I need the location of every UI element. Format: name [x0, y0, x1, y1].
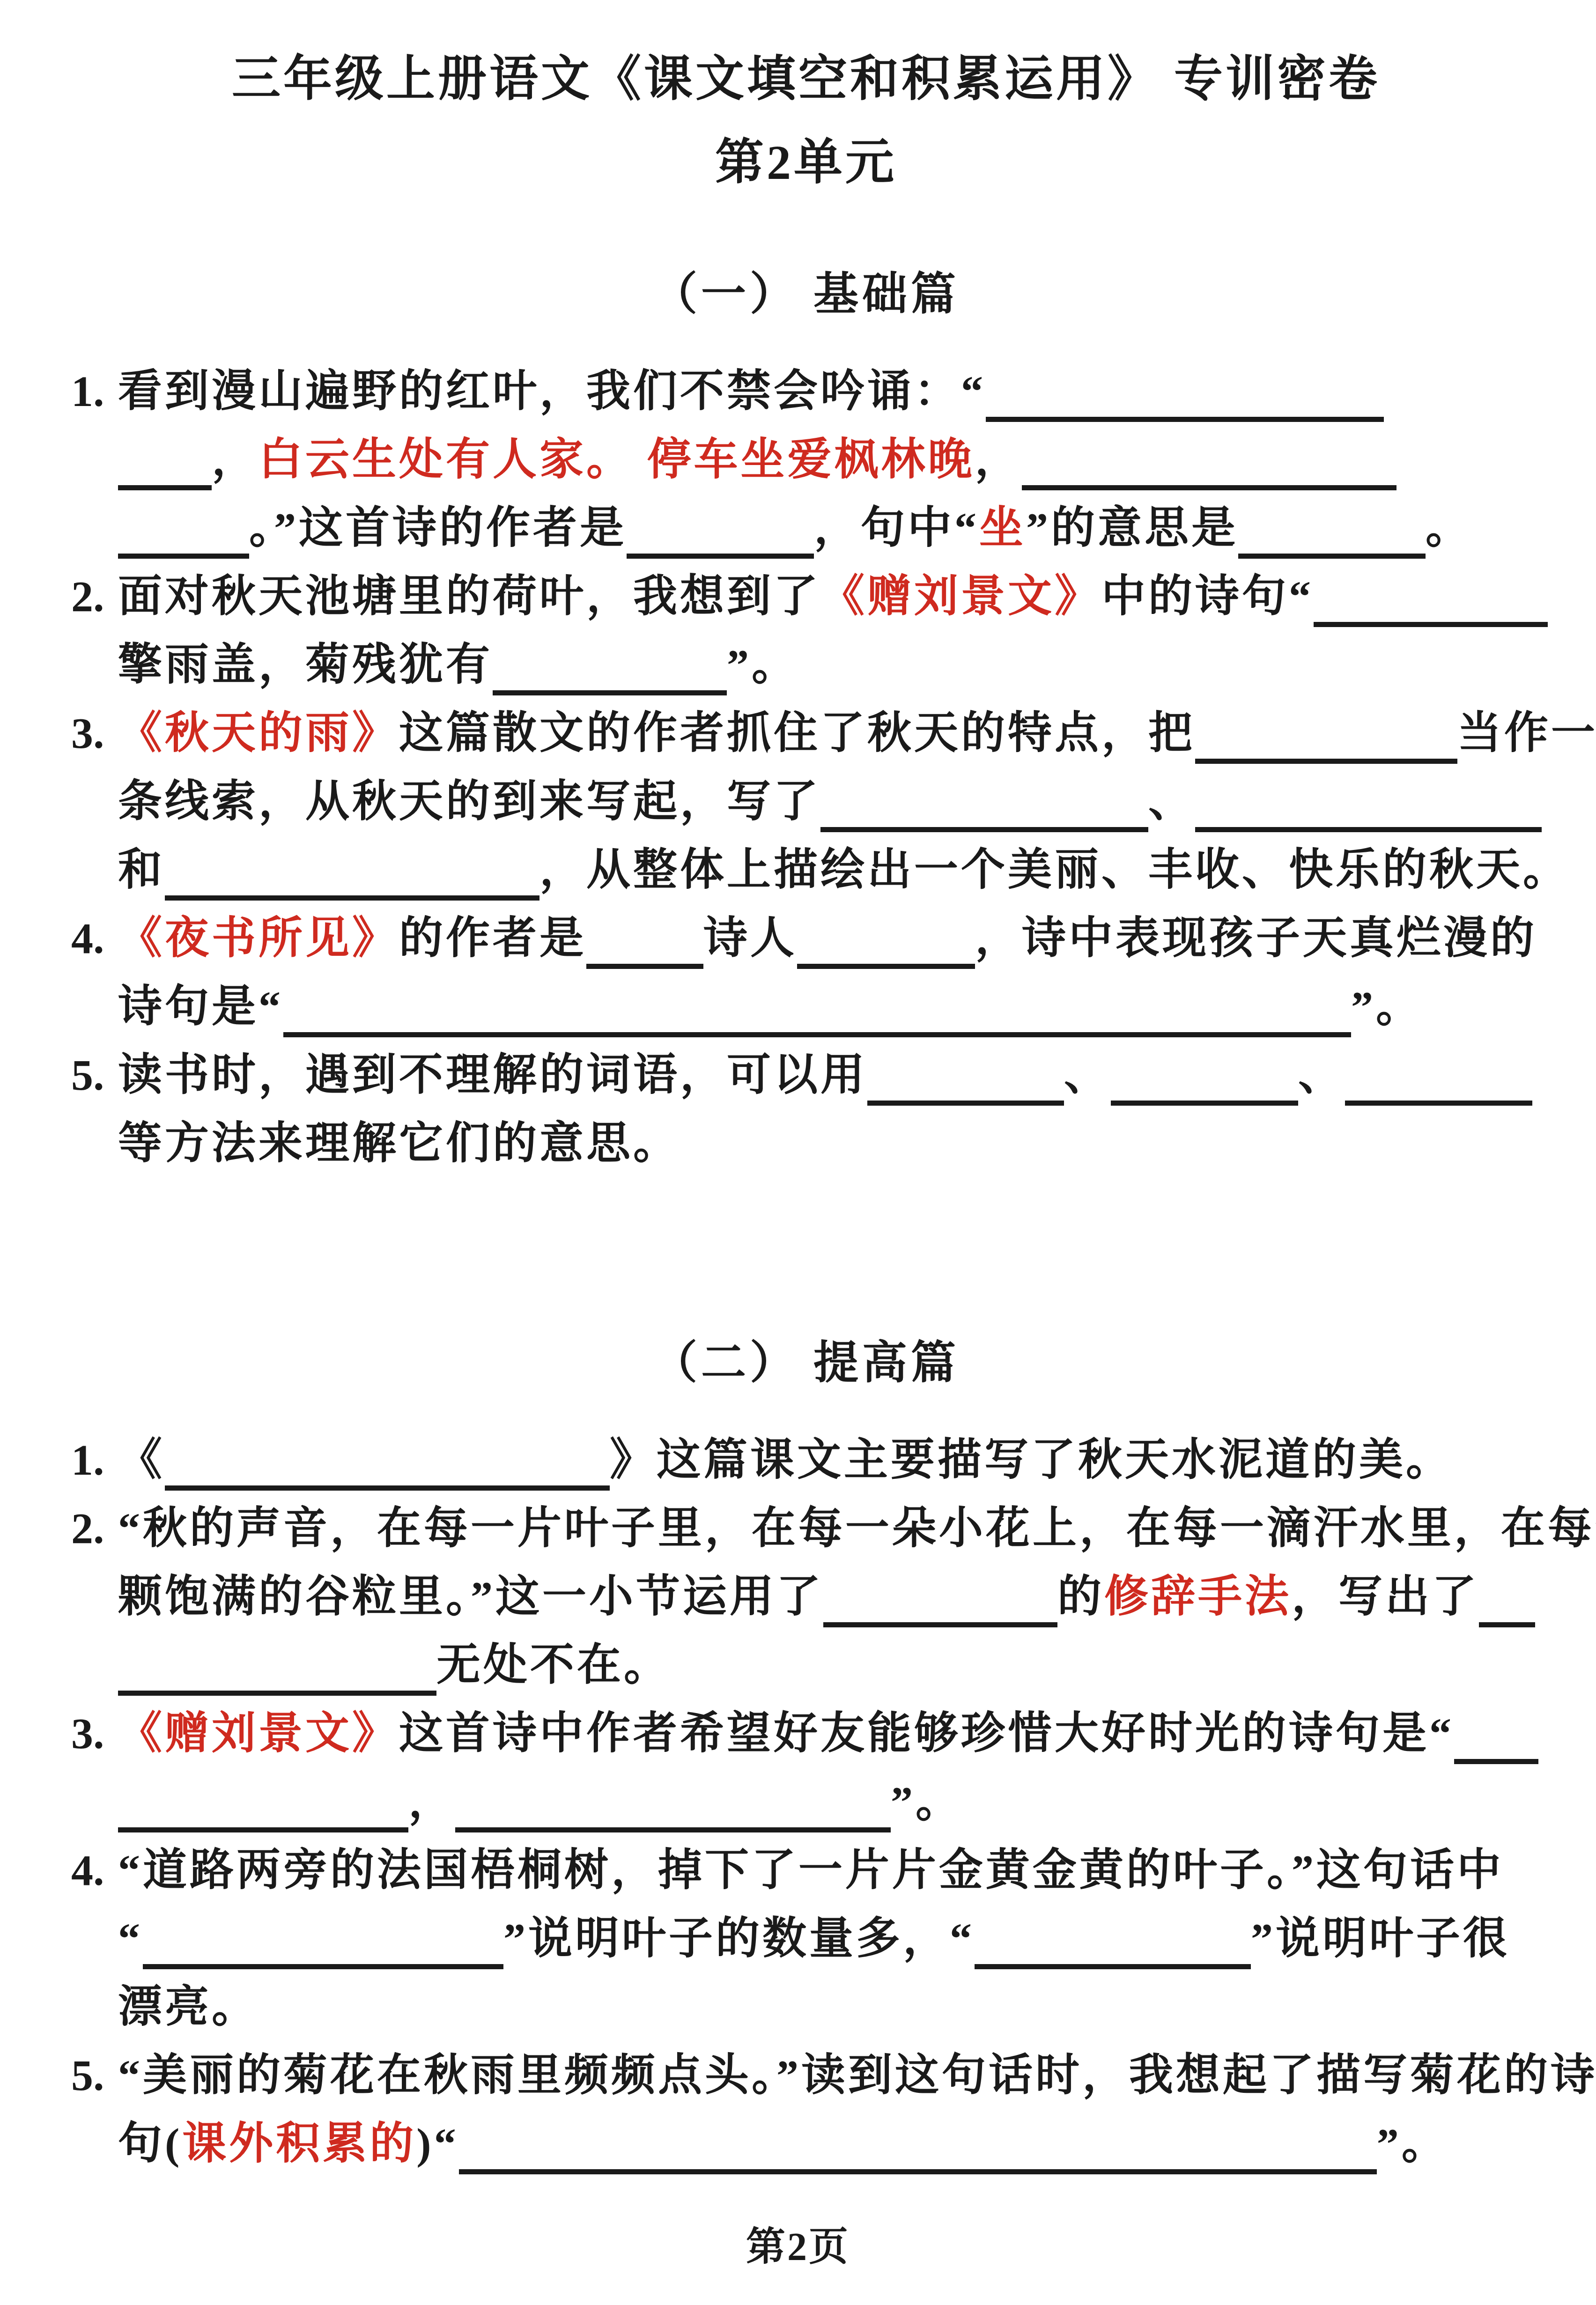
question-line: 面对秋天池塘里的荷叶，我想到了《赠刘景文》中的诗句“ — [118, 562, 1541, 631]
answer-blank — [627, 554, 814, 559]
question-line: 漂亮。 — [118, 1973, 1541, 2041]
question: 2.“秋的声音，在每一片叶子里，在每一朵小花上，在每一滴汗水里，在每一颗饱满的谷… — [71, 1494, 1541, 1699]
question: 1.看到漫山遍野的红叶，我们不禁会吟诵：“，白云生处有人家。 停车坐爱枫林晚，。… — [71, 357, 1541, 562]
highlighted-text: 坐 — [979, 504, 1026, 553]
answer-blank — [1195, 759, 1457, 764]
question: 5.“美丽的菊花在秋雨里频频点头。”读到这句话时，我想起了描写菊花的诗句(课外积… — [71, 2041, 1541, 2178]
text-segment: 诗句是“ — [118, 983, 283, 1031]
question-line: 《秋天的雨》这篇散文的作者抓住了秋天的特点，把当作一 — [118, 699, 1541, 768]
question-line: “”说明叶子的数量多，“”说明叶子很 — [118, 1905, 1541, 1973]
text-segment: )“ — [416, 2120, 458, 2168]
question-line: 擎雨盖，菊残犹有”。 — [118, 631, 1541, 699]
question-line: 《》这篇课文主要描写了秋天水泥道的美。 — [118, 1426, 1541, 1494]
answer-blank — [118, 1827, 408, 1832]
worksheet-page: 三年级上册语文《课文填空和积累运用》 专训密卷 第2单元 （一） 基础篇1.看到… — [0, 0, 1596, 2305]
text-segment: 《 — [118, 1436, 165, 1485]
text-segment: 等方法来理解它们的意思。 — [118, 1119, 680, 1168]
text-segment: ”。 — [891, 1778, 962, 1826]
question-line: 诗句是“”。 — [118, 973, 1541, 1041]
text-segment: 》这篇课文主要描写了秋天水泥道的美。 — [610, 1436, 1453, 1485]
highlighted-text: 《夜书所见》 — [118, 914, 399, 963]
answer-blank — [455, 1827, 891, 1832]
text-segment: 的 — [1057, 1573, 1104, 1621]
section: （一） 基础篇1.看到漫山遍野的红叶，我们不禁会吟诵：“，白云生处有人家。 停车… — [71, 259, 1541, 1178]
text-segment: 无处不在。 — [436, 1641, 671, 1690]
answer-blank — [143, 1964, 503, 1969]
text-segment: ，诗中表现孩子天真烂漫的 — [975, 914, 1537, 963]
question: 5.读书时，遇到不理解的词语，可以用、、等方法来理解它们的意思。 — [71, 1041, 1541, 1178]
question-line: 等方法来理解它们的意思。 — [118, 1109, 1541, 1178]
question-number: 5. — [71, 1041, 104, 1109]
question-line: 《夜书所见》的作者是诗人，诗中表现孩子天真烂漫的 — [118, 904, 1541, 973]
question-number: 1. — [71, 1426, 104, 1494]
text-segment: ”的意思是 — [1026, 504, 1238, 553]
answer-blank — [975, 1964, 1251, 1969]
question: 1.《》这篇课文主要描写了秋天水泥道的美。 — [71, 1426, 1541, 1494]
question-number: 4. — [71, 904, 104, 973]
question-line: “秋的声音，在每一片叶子里，在每一朵小花上，在每一滴汗水里，在每一 — [118, 1494, 1541, 1563]
highlighted-text: 课外积累的 — [182, 2120, 416, 2168]
question-line: 无处不在。 — [118, 1631, 1541, 1699]
text-segment: 看到漫山遍野的红叶，我们不禁会吟诵：“ — [118, 367, 986, 416]
questions-area: （一） 基础篇1.看到漫山遍野的红叶，我们不禁会吟诵：“，白云生处有人家。 停车… — [71, 259, 1541, 2178]
question-line: 条线索，从秋天的到来写起，写了、 — [118, 768, 1541, 836]
answer-blank — [1454, 1759, 1538, 1764]
answer-blank — [1022, 485, 1396, 490]
page-title: 三年级上册语文《课文填空和积累运用》 专训密卷 — [71, 40, 1541, 119]
question-line: 读书时，遇到不理解的词语，可以用、、 — [118, 1041, 1541, 1109]
answer-blank — [118, 554, 249, 559]
text-segment: 句( — [118, 2120, 182, 2168]
text-segment: ”。 — [727, 641, 798, 689]
text-segment: 颗饱满的谷粒里。”这一小节运用了 — [118, 1573, 823, 1621]
text-segment: ，从整体上描绘出一个美丽、丰收、快乐的秋天。 — [539, 846, 1570, 894]
answer-blank — [1195, 827, 1542, 832]
answer-blank — [797, 964, 975, 969]
question-line: “道路两旁的法国梧桐树，掉下了一片片金黄金黄的叶子。”这句话中 — [118, 1836, 1541, 1905]
page-content: 三年级上册语文《课文填空和积累运用》 专训密卷 第2单元 （一） 基础篇1.看到… — [0, 0, 1596, 2178]
question-number: 3. — [71, 1699, 104, 1768]
question-line: 《赠刘景文》这首诗中作者希望好友能够珍惜大好时光的诗句是“ — [118, 1699, 1541, 1768]
text-segment: 这篇散文的作者抓住了秋天的特点，把 — [399, 709, 1195, 758]
question-number: 1. — [71, 357, 104, 426]
answer-blank — [118, 1691, 436, 1696]
question-line: 看到漫山遍野的红叶，我们不禁会吟诵：“ — [118, 357, 1541, 426]
question: 3.《秋天的雨》这篇散文的作者抓住了秋天的特点，把当作一条线索，从秋天的到来写起… — [71, 699, 1541, 904]
question: 4.“道路两旁的法国梧桐树，掉下了一片片金黄金黄的叶子。”这句话中“”说明叶子的… — [71, 1836, 1541, 2041]
question: 3.《赠刘景文》这首诗中作者希望好友能够珍惜大好时光的诗句是“，”。 — [71, 1699, 1541, 1836]
text-segment: 读书时，遇到不理解的词语，可以用 — [118, 1051, 867, 1100]
text-segment: 、 — [1148, 777, 1195, 826]
highlighted-text: 白云生处有人家。 停车坐爱枫林晚 — [259, 436, 975, 484]
text-segment: ”说明叶子的数量多，“ — [503, 1914, 975, 1963]
question: 2.面对秋天池塘里的荷叶，我想到了《赠刘景文》中的诗句“擎雨盖，菊残犹有”。 — [71, 562, 1541, 699]
text-segment: ”。 — [1377, 2120, 1448, 2168]
question-line: 颗饱满的谷粒里。”这一小节运用了的修辞手法，写出了 — [118, 1563, 1541, 1631]
answer-blank — [1314, 622, 1548, 627]
question-number: 2. — [71, 1494, 104, 1563]
text-segment: 和 — [118, 846, 165, 894]
answer-blank — [118, 485, 212, 490]
text-segment: ，句中“ — [814, 504, 979, 553]
text-segment: ，写出了 — [1292, 1573, 1479, 1621]
text-segment: ”说明叶子很 — [1251, 1914, 1510, 1963]
answer-blank — [165, 1485, 610, 1491]
text-segment: “秋的声音，在每一片叶子里，在每一朵小花上，在每一滴汗水里，在每一 — [118, 1504, 1596, 1553]
text-segment: 的作者是 — [399, 914, 586, 963]
answer-blank — [1479, 1622, 1535, 1627]
page-number: 第2页 — [0, 2215, 1596, 2272]
text-segment: 这首诗中作者希望好友能够珍惜大好时光的诗句是“ — [399, 1709, 1454, 1758]
section-heading: （一） 基础篇 — [71, 259, 1541, 329]
answer-blank — [823, 1622, 1057, 1627]
answer-blank — [986, 417, 1384, 422]
answer-blank — [820, 827, 1148, 832]
answer-blank — [459, 2169, 1377, 2174]
highlighted-text: 《赠刘景文》 — [820, 572, 1101, 621]
question-number: 4. — [71, 1836, 104, 1905]
question-line: “美丽的菊花在秋雨里频频点头。”读到这句话时，我想起了描写菊花的诗 — [118, 2041, 1541, 2110]
answer-blank — [1238, 554, 1426, 559]
question-number: 5. — [71, 2041, 104, 2110]
text-segment: “道路两旁的法国梧桐树，掉下了一片片金黄金黄的叶子。”这句话中 — [118, 1846, 1504, 1895]
highlighted-text: 修辞手法 — [1104, 1573, 1292, 1621]
text-segment: ， — [408, 1778, 455, 1826]
question: 4.《夜书所见》的作者是诗人，诗中表现孩子天真烂漫的诗句是“”。 — [71, 904, 1541, 1041]
question-number: 2. — [71, 562, 104, 631]
question-number: 3. — [71, 699, 104, 768]
text-segment: 条线索，从秋天的到来写起，写了 — [118, 777, 820, 826]
answer-blank — [165, 895, 539, 901]
text-segment: 、 — [1064, 1051, 1111, 1100]
text-segment: 诗人 — [703, 914, 797, 963]
answer-blank — [586, 964, 703, 969]
answer-blank — [1345, 1101, 1532, 1106]
text-segment: 。 — [1426, 504, 1472, 553]
section-heading: （二） 提高篇 — [71, 1328, 1541, 1398]
page-subtitle: 第2单元 — [71, 123, 1541, 203]
text-segment: “ — [118, 1914, 143, 1963]
question-line: 和，从整体上描绘出一个美丽、丰收、快乐的秋天。 — [118, 836, 1541, 904]
answer-blank — [493, 690, 727, 695]
highlighted-text: 《赠刘景文》 — [118, 1709, 399, 1758]
text-segment: 漂亮。 — [118, 1983, 259, 2032]
text-segment: 擎雨盖，菊残犹有 — [118, 641, 493, 689]
answer-blank — [1111, 1101, 1298, 1106]
text-segment: ”。 — [1351, 983, 1423, 1031]
text-segment: 中的诗句“ — [1101, 572, 1314, 621]
question-line: 句(课外积累的)“”。 — [118, 2110, 1541, 2178]
question-line: ，”。 — [118, 1768, 1541, 1836]
text-segment: “美丽的菊花在秋雨里频频点头。”读到这句话时，我想起了描写菊花的诗 — [118, 2051, 1596, 2100]
question-line: ，白云生处有人家。 停车坐爱枫林晚， — [118, 426, 1541, 494]
text-segment: 、 — [1298, 1051, 1345, 1100]
text-segment: ， — [212, 436, 259, 484]
question-line: 。”这首诗的作者是，句中“坐”的意思是。 — [118, 494, 1541, 562]
section: （二） 提高篇1.《》这篇课文主要描写了秋天水泥道的美。2.“秋的声音，在每一片… — [71, 1328, 1541, 2178]
text-segment: ， — [975, 436, 1022, 484]
highlighted-text: 《秋天的雨》 — [118, 709, 399, 758]
answer-blank — [283, 1032, 1351, 1037]
text-segment: 面对秋天池塘里的荷叶，我想到了 — [118, 572, 820, 621]
answer-blank — [867, 1101, 1064, 1106]
text-segment: 当作一 — [1457, 709, 1596, 758]
text-segment: 。”这首诗的作者是 — [249, 504, 627, 553]
